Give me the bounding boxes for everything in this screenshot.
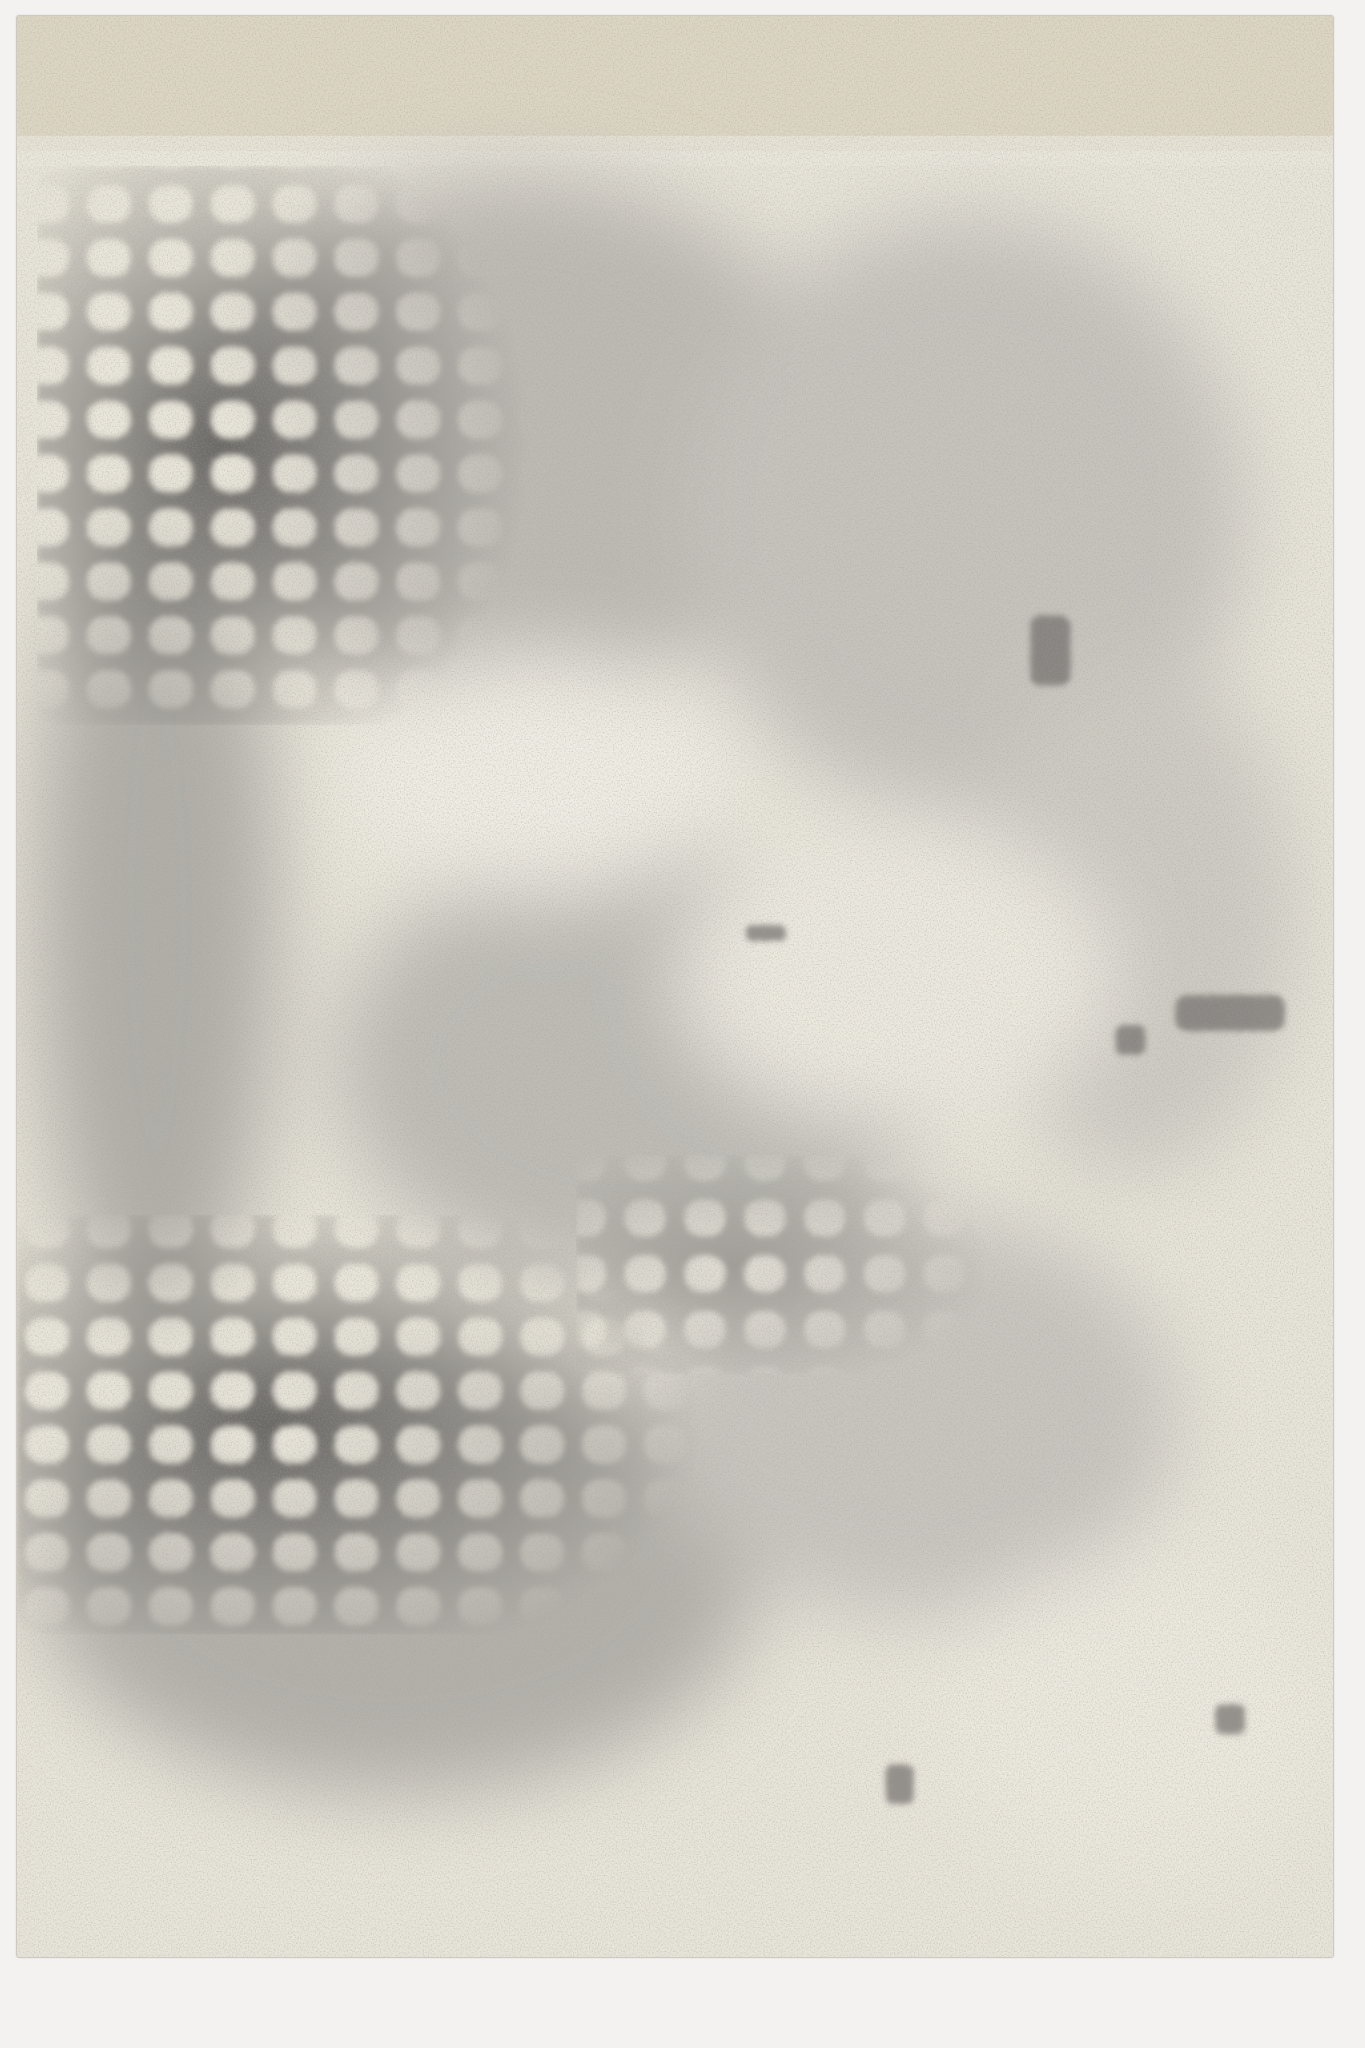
rug-product-image [16,15,1334,1958]
photo-stage [0,0,1365,2048]
rug-pattern [17,16,1333,1957]
